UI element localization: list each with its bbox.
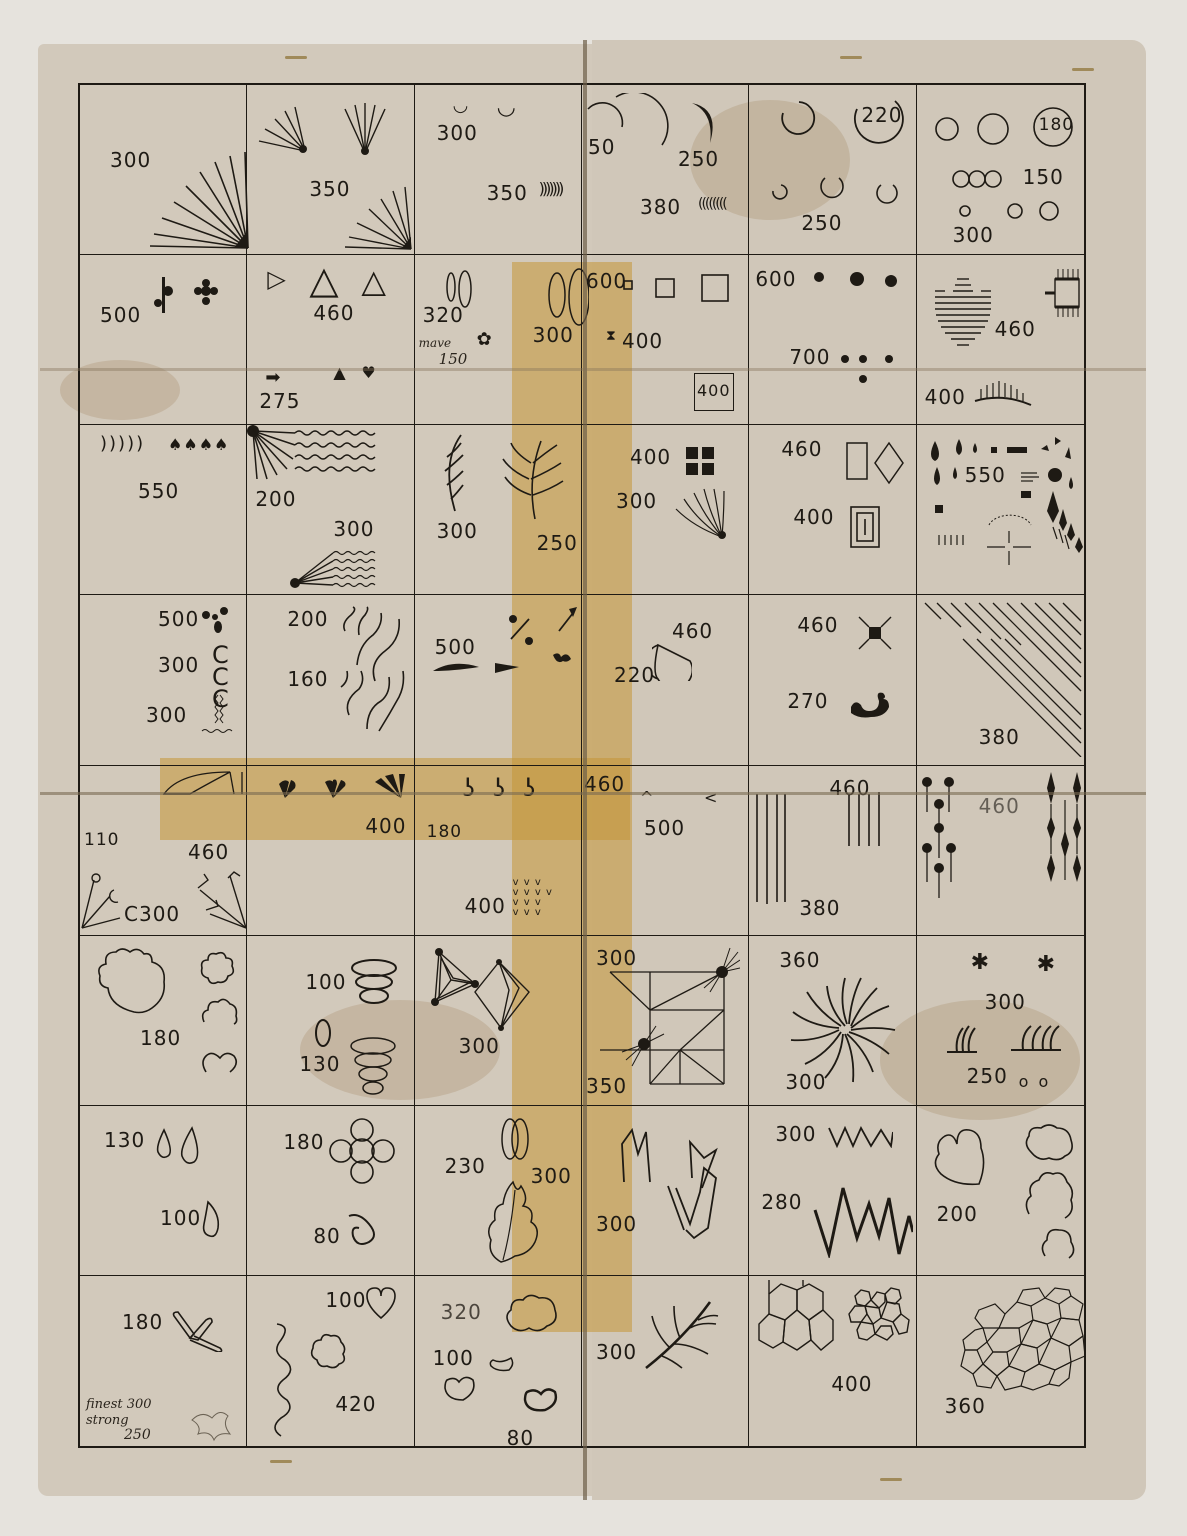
value: 110 [84,832,119,849]
cell-r5-c3: 300 350 [582,936,749,1106]
leaf-icon [931,1124,989,1188]
cell-r6-c1: 180 80 [247,1106,414,1276]
value: 400 [697,383,731,399]
handwritten-note: finest 300 [86,1398,152,1412]
cell-r0-c1: 350 [247,85,414,255]
value: 400 [831,1374,872,1394]
value: 160 [287,669,328,689]
cell-r6-c4: 300 280 [749,1106,916,1276]
value: 320 [423,305,464,325]
pin-dots-icon [917,772,957,902]
cell-r2-c3: 400 300 [582,425,749,595]
cell-r7-c2: 320 100 80 [415,1276,582,1446]
value: 200 [937,1204,978,1224]
value: 300 [775,1124,816,1144]
staple [1072,68,1094,71]
concentric-arcs-icon: ))))))) [539,181,562,197]
value: 380 [979,727,1020,747]
cell-r5-c4: 360 300 [749,936,916,1106]
radiating-fan-icon [150,150,250,250]
cell-r0-c3: 50 250 380 (((((((( [582,85,749,255]
value: 300 [333,519,374,539]
cloud-icon [1039,1226,1077,1262]
value: 220 [861,105,902,125]
value: 700 [789,347,830,367]
ring-icon [771,183,789,201]
value: 420 [335,1394,376,1414]
cell-r7-c5: 360 [917,1276,1084,1446]
value: 180 [283,1132,324,1152]
value: 80 [313,1226,340,1246]
ladder-frame-icon [1043,267,1083,319]
cloud-icon [503,1292,559,1334]
bone-cross-icon [170,1310,224,1352]
value: 100 [160,1208,201,1228]
cell-r1-c1: ▷ △ △ 460 ➡ ▲ ♥ 275 [247,255,414,425]
cell-r5-c1: 100 130 [247,936,414,1106]
value: 460 [188,842,229,862]
value: 180 [122,1312,163,1332]
cloud-icon [1023,1122,1075,1162]
value: 230 [445,1156,486,1176]
waves-icon: ʖʖʖ [463,776,554,800]
value: 250 [678,149,719,169]
value: 460 [313,303,354,323]
boxed-value: 400 [694,373,734,411]
cell-r2-c1: 200 300 [247,425,414,595]
value: 400 [925,387,966,407]
star-square-icon [857,615,893,651]
value: 100 [433,1348,474,1368]
value: 300 [437,123,478,143]
cell-r5-c5: ✱ ✱ 300 250 oo [917,936,1084,1106]
pattern-grid: 300 350 ◡ ◡ 300 350 ))))))) 50 250 380 (… [78,83,1086,1448]
value: 460 [995,319,1036,339]
spiral-burst-icon [789,968,901,1084]
value: 130 [104,1130,145,1150]
scallop-leaf-icon [96,946,170,1014]
staple [880,1478,902,1481]
flower-icon [309,1332,347,1370]
value: 250 [537,533,578,553]
cell-r5-c0: 180 [80,936,247,1106]
cell-r7-c3: 300 [582,1276,749,1446]
value: 460 [797,615,838,635]
framed-bar-icon [849,505,881,549]
cell-r1-c4: 600 700 [749,255,916,425]
staple [285,56,307,59]
value: 300 [158,655,199,675]
value: 600 [755,269,796,289]
value: 130 [299,1054,340,1074]
cell-r3-c4: 460 270 [749,595,916,765]
value: 300 [985,992,1026,1012]
cell-r1-c5: 460 400 [917,255,1084,425]
cell-r7-c0: 180 finest 300 strong 250 [80,1276,247,1446]
drops-dashes-icon [923,431,1083,581]
cloud-icon [200,996,238,1026]
tetrahedron-icon [429,948,559,1034]
value: 400 [793,507,834,527]
value: 500 [644,818,685,838]
value: 460 [781,439,822,459]
staple [840,56,862,59]
triangle-icon: ▷ [267,267,285,291]
value: 320 [441,1302,482,1322]
cell-r3-c5: 380 [917,595,1084,765]
value: 270 [787,691,828,711]
cell-r1-c2: 320 300 mave 150 ✿ [415,255,582,425]
value: 380 [640,197,681,217]
value: C300 [124,904,180,924]
bean-icon [489,1356,515,1372]
cloud-icon [198,950,236,986]
value: 400 [630,447,671,467]
radiating-fan-icon [345,185,413,251]
staple [270,1460,292,1463]
hexagons-icon [751,1280,913,1362]
value: 180 [140,1028,181,1048]
cell-r7-c1: 100 420 [247,1276,414,1446]
cloud-icon [200,1048,238,1076]
hooks-icon: ))))) [100,435,145,453]
value: 300 [616,491,657,511]
cell-r1-c3: 600 ⧗ 400 400 [582,255,749,425]
cell-r0-c4: 220 250 [749,85,916,255]
value: 300 [596,1214,637,1234]
hatched-heart-icon [933,275,993,355]
drops-icon: ♠♠♠♠ [168,437,229,453]
value: 350 [586,1076,627,1096]
value: 300 [146,705,187,725]
drop-icon [200,1200,222,1240]
cell-r0-c0: 300 [80,85,247,255]
flower-icon: ✿ [477,331,492,349]
chevrons-icon: v v vv v v vv v vv v v [513,878,553,918]
value: 220 [614,665,655,685]
crescent-icon: ◡ [497,97,516,119]
value: 100 [305,972,346,992]
cell-r2-c4: 460 400 [749,425,916,595]
branch-icon [644,1298,720,1370]
zigzag-icon [813,1186,913,1258]
cell-r2-c5: 550 [917,425,1084,595]
oak-leaf-icon [485,1180,543,1264]
value: 100 [325,1290,366,1310]
ring-icon [875,181,899,205]
cell-r6-c3: 300 [582,1106,749,1276]
horizontal-fold [40,792,1146,795]
value: 360 [945,1396,986,1416]
zigzag-icon [827,1126,893,1148]
half-circle-icon [652,643,692,681]
ring-icon [777,99,817,139]
value: 180 [427,824,462,841]
bean-icon [523,1386,559,1412]
dotted-cross-icon [154,275,224,315]
value: 50 [588,137,615,157]
drop-icon [154,1126,204,1166]
spindles-icon [1043,770,1083,890]
fan-icon [275,770,415,800]
value: 350 [487,183,528,203]
crossed-pins-icon [429,605,579,681]
wavy-triangle-icon [196,693,242,737]
bean-icon [443,1374,477,1402]
value: 200 [255,489,296,509]
small-arcs-icon: (((((((( [698,197,726,211]
handwritten-note: mave [419,337,451,350]
cell-r3-c3: 460 220 [582,595,749,765]
stacked-ovals-icon [349,1036,397,1098]
ring-icon [819,175,845,201]
cell-r1-c0: 500 [80,255,247,425]
dot-icon [811,269,901,293]
stacked-ovals-icon [349,958,399,1014]
grass-arc-icon [973,379,1033,409]
feather-fan-icon [674,487,730,543]
oval-icon [313,1018,333,1048]
value: 400 [622,331,663,351]
value: 180 [1039,117,1074,134]
grass-icon [945,1024,1065,1054]
triangle-icon: △ [361,265,386,297]
cell-r2-c2: 300 250 [415,425,582,595]
value: 360 [779,950,820,970]
four-squares-icon [686,447,714,475]
horizontal-crease [40,368,1146,371]
hourglass-icon: ⧗ [606,329,616,343]
branch-icon [501,439,565,521]
value: 200 [287,609,328,629]
value: 500 [158,609,199,629]
value: 300 [785,1072,826,1092]
star-grid-icon [600,946,740,1086]
value: 550 [965,465,1006,485]
binding-fold [583,40,587,1500]
cell-r6-c5: 200 [917,1106,1084,1276]
handwritten-note: 150 [439,351,468,368]
value: 550 [138,481,179,501]
rectangle-diamond-icon [845,441,905,485]
value: 250 [967,1066,1008,1086]
sketch-icon [188,1406,232,1442]
cell-r3-c0: 500 300 CCC 300 [80,595,247,765]
cell-r0-c5: 180 150 300 [917,85,1084,255]
asterisk-icon: ✱ [1037,954,1055,976]
fan-waves-icon [289,547,379,591]
double-lens-icon [499,1116,531,1162]
polygon-mesh-icon [959,1286,1085,1398]
handwritten-note: 250 [124,1428,151,1443]
circle-icon: oo [1019,1074,1059,1090]
squiggle-icon [267,1320,299,1440]
value: 150 [1023,167,1064,187]
value: 300 [459,1036,500,1056]
cell-r3-c1: 200 160 [247,595,414,765]
cell-r6-c2: 230 300 [415,1106,582,1276]
fern-icon [439,433,469,513]
value: 300 [437,521,478,541]
flower-icon [329,1118,395,1184]
value: 350 [309,179,350,199]
cell-r7-c4: 400 [749,1276,916,1446]
cloud-icon [1023,1168,1075,1222]
cell-r2-c0: ))))) ♠♠♠♠ 550 [80,425,247,595]
crown-icon [620,1128,740,1258]
value: 400 [465,896,506,916]
cell-r3-c2: 500 [415,595,582,765]
trefoil-icon [202,605,228,633]
wavy-lines-icon [339,605,409,745]
value: 500 [100,305,141,325]
value: 380 [799,898,840,918]
value: 280 [761,1192,802,1212]
heart-icon [365,1286,397,1320]
value: 600 [586,271,627,291]
value: 400 [365,816,406,836]
crescent-icon [690,99,720,145]
value: 80 [507,1428,534,1448]
value: 300 [596,1342,637,1362]
arrow-icon: ➡ [265,369,280,387]
value: 300 [533,325,574,345]
handwritten-note: strong [86,1414,129,1428]
value: 460 [979,796,1020,816]
sun-waves-icon [247,425,382,481]
value: 250 [801,213,842,233]
crescent-icon: ◡ [453,97,469,115]
value: 300 [953,225,994,245]
value: 460 [584,774,625,794]
asterisk-icon: ✱ [971,952,989,974]
blob-icon [849,689,891,719]
cell-r0-c2: ◡ ◡ 300 350 ))))))) [415,85,582,255]
curl-icon [345,1212,379,1246]
value: 275 [259,391,300,411]
triangle-icon: △ [309,261,338,299]
small-fan-icon [257,105,309,155]
cell-r5-c2: 300 [415,936,582,1106]
square-icon [622,269,732,305]
vertical-lines-icon [753,792,883,912]
value: 460 [672,621,713,641]
value: 300 [110,150,151,170]
small-fan-icon [343,101,387,157]
cell-r6-c0: 130 100 [80,1106,247,1276]
